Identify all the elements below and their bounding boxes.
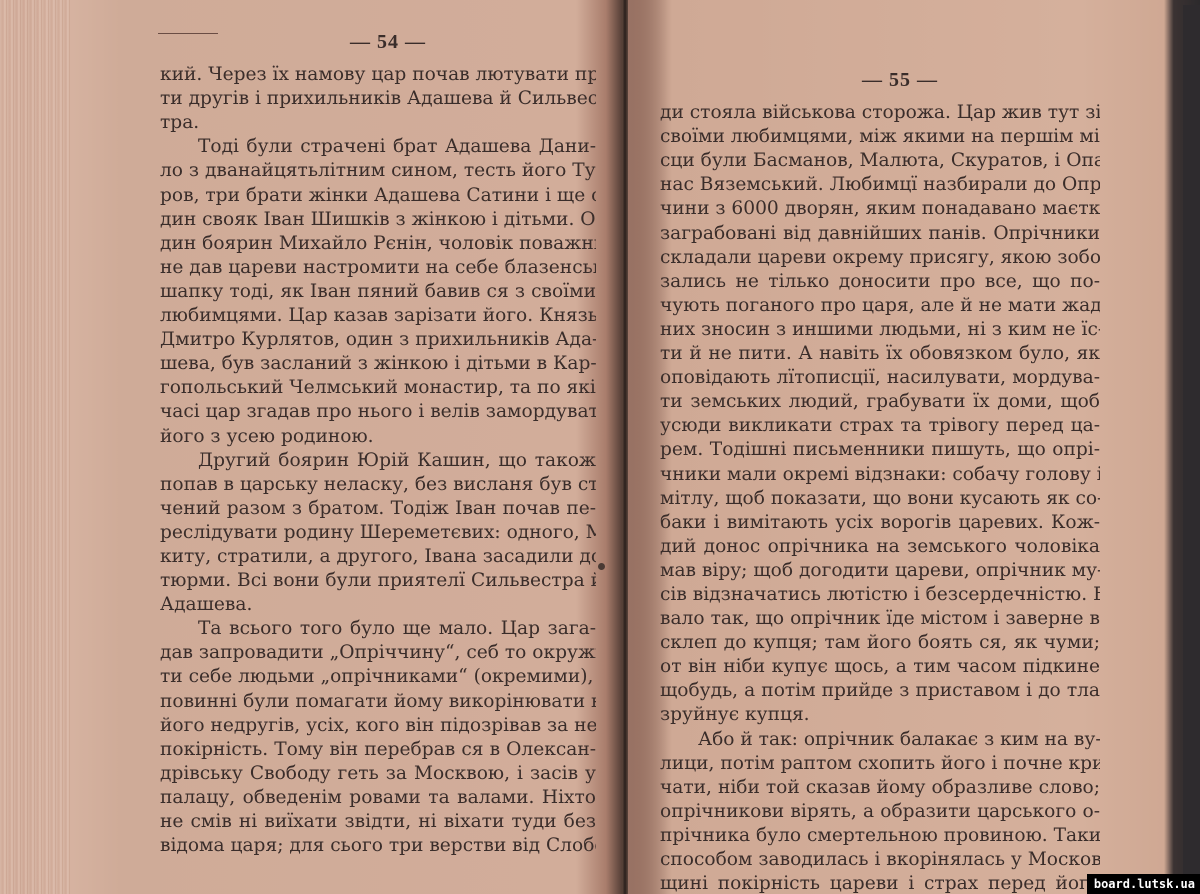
- text-line: заграбовані від давнійших панів. Опрічни…: [660, 222, 1100, 246]
- text-line: чений разом з братом. Тодіж Іван почав п…: [160, 497, 596, 521]
- text-line: оповідають лїтописції, насилувати, морду…: [660, 366, 1100, 390]
- text-line: чини з 6000 дворян, яким понадавано маєт…: [660, 197, 1100, 221]
- text-line: Дмитро Курлятов, один з прихильників Ада…: [160, 328, 596, 352]
- text-line: часі цар згадав про нього і велів заморд…: [160, 400, 596, 424]
- text-line: зруйнує купця.: [660, 703, 1100, 727]
- text-line: склеп до купця; там його боять ся, як чу…: [660, 631, 1100, 655]
- text-line: його недругів, усіх, кого він підозрівав…: [160, 714, 596, 738]
- text-line: попав в царську неласку, без висланя був…: [160, 473, 596, 497]
- text-line: тюрми. Всі вони були приятелї Сильвестра…: [160, 569, 596, 593]
- text-line: ров, три брати жінки Адашева Сатини і ще…: [160, 184, 596, 208]
- text-line: рем. Тодішні письменники пишуть, що опрі…: [660, 438, 1100, 462]
- text-line: кий. Через їх намову цар почав лютувати …: [160, 63, 596, 87]
- text-line: ти другів і прихильників Адашева й Сильв…: [160, 87, 596, 111]
- text-line: щині покірність цареви і страх перед йог…: [660, 872, 1100, 894]
- text-line: чують поганого про царя, але й не мати ж…: [660, 294, 1100, 318]
- text-line: повинні були помагати йому викорінювати …: [160, 690, 596, 714]
- scan-edge: [1183, 5, 1200, 894]
- text-line: ло з дванайцятьлітним сином, тесть його …: [160, 159, 596, 183]
- text-line: ди стояла військова сторожа. Цар жив тут…: [660, 101, 1100, 125]
- paper-stain: [598, 563, 605, 570]
- text-line: Тоді були страчені брат Адашева Дани-: [160, 135, 596, 159]
- text-line: ти земських людий, грабувати їх доми, що…: [660, 390, 1100, 414]
- text-line: Та всього того було ще мало. Цар зага-: [160, 617, 596, 641]
- text-line: чати, ніби той сказав йому образливе сло…: [660, 776, 1100, 800]
- text-line: дин боярин Михайло Рєнін, чоловік поважн…: [160, 232, 596, 256]
- text-line: сів відзначатись лютістю і безсердечніст…: [660, 583, 1100, 607]
- text-line: Або й так: опрічник балакає з ким на ву-: [660, 728, 1100, 752]
- right-page-text: ди стояла військова сторожа. Цар жив тут…: [660, 101, 1100, 894]
- left-page-text: кий. Через їх намову цар почав лютувати …: [160, 63, 596, 858]
- text-line: мітлу, щоб показати, що вони кусають як …: [660, 487, 1100, 511]
- page-number-right: — 55 —: [660, 68, 1100, 92]
- text-line: лици, потім раптом схопить його і почне …: [660, 752, 1100, 776]
- text-line: них зносин з иншими людьми, ні з ким не …: [660, 318, 1100, 342]
- watermark: board.lutsk.ua: [1087, 874, 1200, 894]
- text-line: вало так, що опрічник їде містом і завер…: [660, 607, 1100, 631]
- left-page: — 54 — кий. Через їх намову цар почав лю…: [160, 30, 596, 858]
- page-number-left: — 54 —: [160, 30, 596, 54]
- page-edges: [0, 0, 70, 894]
- text-line: відома царя; для сього три верстви від С…: [160, 834, 596, 858]
- text-line: дрівську Свободу геть за Москвою, і засі…: [160, 762, 596, 786]
- text-line: його з усею родиною.: [160, 425, 596, 449]
- text-line: реслідувати родину Шереметєвих: одного, …: [160, 521, 596, 545]
- book-spread: — 54 — кий. Через їх намову цар почав лю…: [0, 0, 1200, 894]
- text-line: дий донос опрічника на земського чоловік…: [660, 535, 1100, 559]
- text-line: киту, стратили, а другого, Івана засадил…: [160, 545, 596, 569]
- text-line: мав віру; щоб догодити цареви, опрічник …: [660, 559, 1100, 583]
- text-line: Другий боярин Юрій Кашин, що також: [160, 449, 596, 473]
- text-line: любимцями. Цар казав зарізати його. Княз…: [160, 304, 596, 328]
- text-line: сци були Басманов, Малюта, Скуратов, і О…: [660, 149, 1100, 173]
- right-page: — 55 — ди стояла військова сторожа. Цар …: [660, 68, 1100, 894]
- text-line: покірність. Тому він перебрав ся в Олекс…: [160, 738, 596, 762]
- text-line: ти й не пити. А навіть їх обовязком було…: [660, 342, 1100, 366]
- text-line: палацу, обведенім ровами та валами. Ніхт…: [160, 786, 596, 810]
- text-line: баки і вимітають усіх ворогів царевих. К…: [660, 511, 1100, 535]
- text-line: Адашева.: [160, 593, 596, 617]
- text-line: ти себе людьми „опрічниками“ (окремими),…: [160, 665, 596, 689]
- text-line: шапку тоді, як Іван пяний бавив ся з сво…: [160, 280, 596, 304]
- text-line: шева, був засланий з жінкою і дітьми в К…: [160, 352, 596, 376]
- text-line: способом заводилась і вкорінялась у Моск…: [660, 848, 1100, 872]
- text-line: прічника було смертельною провиною. Таки…: [660, 824, 1100, 848]
- text-line: не дав цареви настромити на себе блазенс…: [160, 256, 596, 280]
- text-line: гопольський Челмський монастир, та по як…: [160, 376, 596, 400]
- text-line: дин свояк Іван Шишків з жінкою і дітьми.…: [160, 208, 596, 232]
- text-line: тра.: [160, 111, 596, 135]
- text-line: зались не тілько доносити про все, що по…: [660, 270, 1100, 294]
- text-line: от він ніби купує щось, а тим часом підк…: [660, 655, 1100, 679]
- text-line: дав запровадити „Опріччину“, себ то окру…: [160, 641, 596, 665]
- text-line: чники мали окремі відзнаки: собачу голов…: [660, 463, 1100, 487]
- text-line: усюди викликати страх та трівогу перед ц…: [660, 414, 1100, 438]
- text-line: нас Вяземський. Любимцї назбирали до Опр…: [660, 173, 1100, 197]
- text-line: не смів ні виїхати звідти, ні віхати туд…: [160, 810, 596, 834]
- text-line: складали цареви окрему присягу, якою зоб…: [660, 246, 1100, 270]
- text-line: щобудь, а потім прийде з приставом і до …: [660, 679, 1100, 703]
- text-line: опрічникови вірять, а образити царського…: [660, 800, 1100, 824]
- text-line: своїми любимцями, між якими на першім мі…: [660, 125, 1100, 149]
